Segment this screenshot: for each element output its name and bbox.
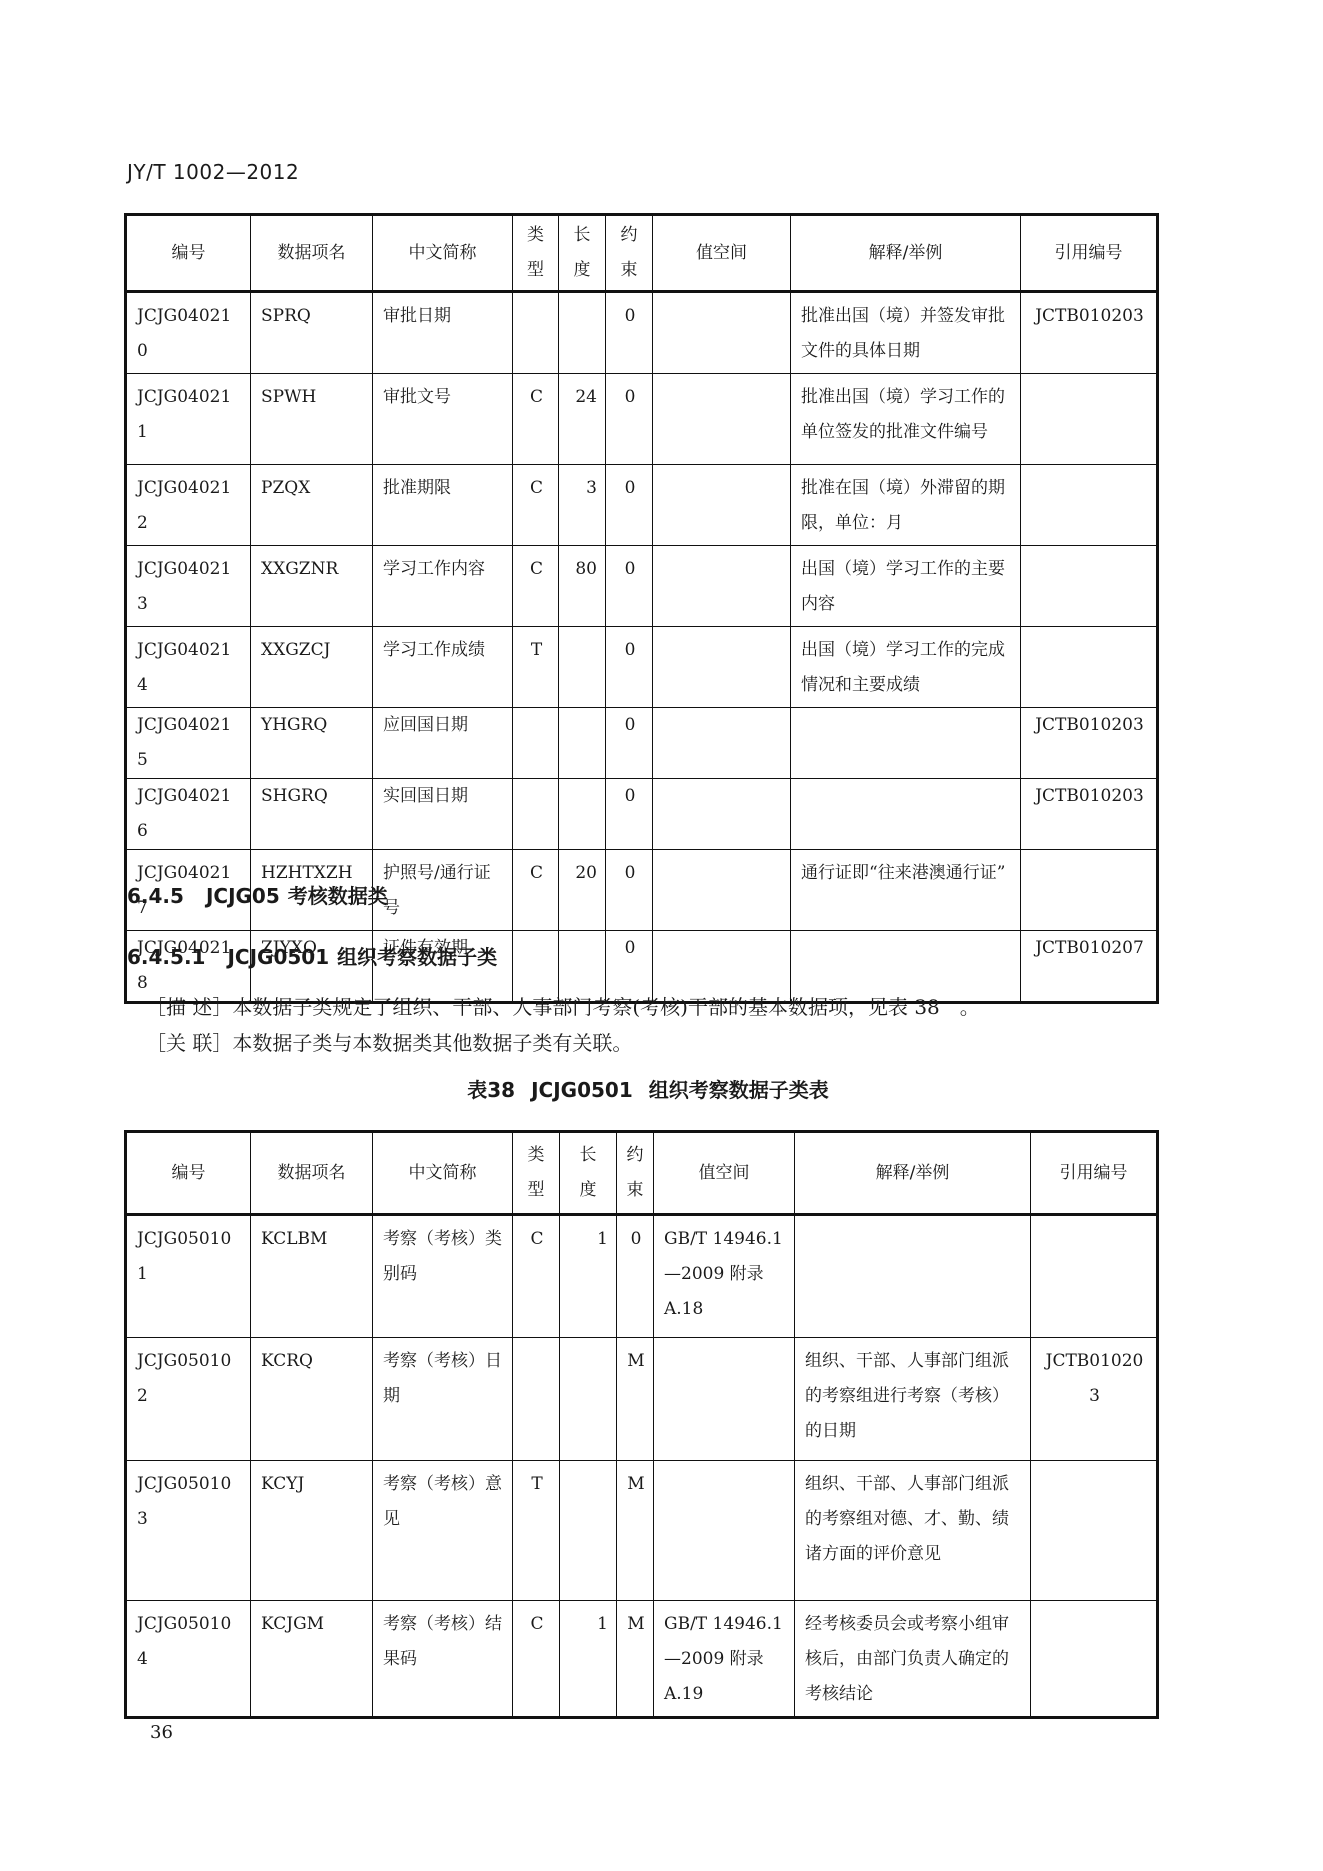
cell-item-name: KCYJ <box>251 1461 373 1601</box>
cell-item-name: PZQX <box>251 465 373 546</box>
cell-constraint: M <box>617 1601 654 1718</box>
col-header-explanation: 解释/举例 <box>791 215 1021 292</box>
cell-item-name: KCLBM <box>251 1215 373 1338</box>
col-header-item-name: 数据项名 <box>251 215 373 292</box>
cell-constraint: 0 <box>617 1215 654 1338</box>
table-row: JCJG050103 KCYJ 考察（考核）意见 T M 组织、干部、人事部门组… <box>126 1461 1158 1601</box>
cell-type <box>513 708 559 779</box>
cell-type <box>513 292 559 374</box>
cell-type <box>513 779 559 850</box>
cell-type: T <box>513 1461 560 1601</box>
table-caption: 表38JCJG0501组织考察数据子类表 <box>0 1074 1296 1103</box>
cell-length: 24 <box>559 374 606 465</box>
cell-length: 80 <box>559 546 606 627</box>
cell-reference <box>1031 1461 1158 1601</box>
col-header-explanation: 解释/举例 <box>795 1132 1031 1215</box>
cell-reference <box>1031 1215 1158 1338</box>
cell-value-space <box>653 779 791 850</box>
cell-type: C <box>513 850 559 931</box>
cell-chinese-name: 批准期限 <box>373 465 513 546</box>
section-heading-6-4-5-1: 6.4.5.1JCJG0501组织考察数据子类 <box>127 941 497 970</box>
table-row: JCJG040211 SPWH 审批文号 C 24 0 批准出国（境）学习工作的… <box>126 374 1158 465</box>
cell-chinese-name: 考察（考核）意见 <box>373 1461 513 1601</box>
cell-item-name: SPWH <box>251 374 373 465</box>
relation-paragraph: ［关 联］本数据子类与本数据类其他数据子类有关联。 <box>146 1027 632 1056</box>
cell-reference <box>1031 1601 1158 1718</box>
table-row: JCJG050104 KCJGM 考察（考核）结果码 C 1 M GB/T 14… <box>126 1601 1158 1718</box>
cell-explanation: 组织、干部、人事部门组派的考察组对德、才、勤、绩诸方面的评价意见 <box>795 1461 1031 1601</box>
cell-reference <box>1021 546 1158 627</box>
col-header-type: 类型 <box>513 1132 560 1215</box>
cell-chinese-name: 审批日期 <box>373 292 513 374</box>
cell-length <box>560 1338 617 1461</box>
cell-item-name: XXGZCJ <box>251 627 373 708</box>
cell-value-space <box>654 1338 795 1461</box>
cell-type <box>513 1338 560 1461</box>
cell-id: JCJG050103 <box>126 1461 251 1601</box>
cell-explanation <box>791 708 1021 779</box>
cell-explanation: 组织、干部、人事部门组派的考察组进行考察（考核）的日期 <box>795 1338 1031 1461</box>
cell-explanation: 批准出国（境）学习工作的单位签发的批准文件编号 <box>791 374 1021 465</box>
cell-id: JCJG040215 <box>126 708 251 779</box>
cell-explanation: 通行证即“往来港澳通行证” <box>791 850 1021 931</box>
cell-id: JCJG050104 <box>126 1601 251 1718</box>
cell-explanation: 批准在国（境）外滞留的期限，单位：月 <box>791 465 1021 546</box>
cell-length <box>559 779 606 850</box>
cell-item-name: XXGZNR <box>251 546 373 627</box>
col-header-length: 长度 <box>559 215 606 292</box>
table-row: JCJG040213 XXGZNR 学习工作内容 C 80 0 出国（境）学习工… <box>126 546 1158 627</box>
col-header-value-space: 值空间 <box>653 215 791 292</box>
cell-explanation: 出国（境）学习工作的主要内容 <box>791 546 1021 627</box>
col-header-item-name: 数据项名 <box>251 1132 373 1215</box>
cell-reference <box>1021 465 1158 546</box>
table-row: JCJG040212 PZQX 批准期限 C 3 0 批准在国（境）外滞留的期限… <box>126 465 1158 546</box>
cell-id: JCJG050101 <box>126 1215 251 1338</box>
cell-constraint: 0 <box>606 708 653 779</box>
col-header-chinese-name: 中文简称 <box>373 215 513 292</box>
cell-id: JCJG040216 <box>126 779 251 850</box>
cell-value-space <box>653 465 791 546</box>
col-header-constraint: 约束 <box>617 1132 654 1215</box>
table-row: JCJG050102 KCRQ 考察（考核）日期 M 组织、干部、人事部门组派的… <box>126 1338 1158 1461</box>
cell-chinese-name: 学习工作内容 <box>373 546 513 627</box>
cell-length <box>560 1461 617 1601</box>
table-row: JCJG040215 YHGRQ 应回国日期 0 JCTB010203 <box>126 708 1158 779</box>
col-header-reference: 引用编号 <box>1021 215 1158 292</box>
cell-value-space <box>653 292 791 374</box>
cell-id: JCJG040213 <box>126 546 251 627</box>
cell-id: JCJG040210 <box>126 292 251 374</box>
cell-item-name: SHGRQ <box>251 779 373 850</box>
col-header-reference: 引用编号 <box>1031 1132 1158 1215</box>
cell-item-name: SPRQ <box>251 292 373 374</box>
cell-length: 3 <box>559 465 606 546</box>
cell-reference: JCTB010203 <box>1031 1338 1158 1461</box>
cell-explanation: 批准出国（境）并签发审批文件的具体日期 <box>791 292 1021 374</box>
cell-explanation: 出国（境）学习工作的完成情况和主要成绩 <box>791 627 1021 708</box>
page-number: 36 <box>150 1722 173 1743</box>
cell-value-space <box>653 627 791 708</box>
cell-explanation <box>791 779 1021 850</box>
cell-value-space <box>654 1461 795 1601</box>
cell-explanation: 经考核委员会或考察小组审核后，由部门负责人确定的考核结论 <box>795 1601 1031 1718</box>
cell-reference: JCTB010203 <box>1021 779 1158 850</box>
cell-constraint: 0 <box>606 292 653 374</box>
cell-reference <box>1021 850 1158 931</box>
col-header-constraint: 约束 <box>606 215 653 292</box>
cell-constraint: 0 <box>606 850 653 931</box>
cell-length: 20 <box>559 850 606 931</box>
cell-chinese-name: 审批文号 <box>373 374 513 465</box>
cell-chinese-name: 考察（考核）日期 <box>373 1338 513 1461</box>
description-paragraph: ［描 述］本数据子类规定了组织、干部、人事部门考察(考核)干部的基本数据项，见表… <box>146 991 980 1020</box>
cell-chinese-name: 实回国日期 <box>373 779 513 850</box>
cell-value-space <box>653 546 791 627</box>
table-row: JCJG040214 XXGZCJ 学习工作成绩 T 0 出国（境）学习工作的完… <box>126 627 1158 708</box>
cell-chinese-name: 考察（考核）结果码 <box>373 1601 513 1718</box>
cell-chinese-name: 考察（考核）类别码 <box>373 1215 513 1338</box>
table-row: JCJG050101 KCLBM 考察（考核）类别码 C 1 0 GB/T 14… <box>126 1215 1158 1338</box>
cell-constraint: 0 <box>606 374 653 465</box>
cell-id: JCJG040212 <box>126 465 251 546</box>
cell-item-name: YHGRQ <box>251 708 373 779</box>
cell-reference: JCTB010203 <box>1021 708 1158 779</box>
cell-constraint: M <box>617 1338 654 1461</box>
cell-type: C <box>513 1215 560 1338</box>
organization-inspection-table: 编号 数据项名 中文简称 类型 长度 约束 值空间 解释/举例 引用编号 JCJ… <box>124 1130 1159 1719</box>
cell-value-space <box>653 374 791 465</box>
cell-type: C <box>513 465 559 546</box>
cell-chinese-name: 护照号/通行证号 <box>373 850 513 931</box>
cell-type: C <box>513 1601 560 1718</box>
cell-constraint: 0 <box>606 465 653 546</box>
col-header-chinese-name: 中文简称 <box>373 1132 513 1215</box>
col-header-value-space: 值空间 <box>654 1132 795 1215</box>
cell-length <box>559 292 606 374</box>
cell-value-space: GB/T 14946.1—2009 附录 A.19 <box>654 1601 795 1718</box>
cell-type: C <box>513 546 559 627</box>
cell-value-space: GB/T 14946.1—2009 附录 A.18 <box>654 1215 795 1338</box>
table-row: JCJG040216 SHGRQ 实回国日期 0 JCTB010203 <box>126 779 1158 850</box>
cell-value-space <box>653 850 791 931</box>
cell-reference: JCTB010203 <box>1021 292 1158 374</box>
cell-value-space <box>653 708 791 779</box>
cell-constraint: 0 <box>606 627 653 708</box>
cell-length: 1 <box>560 1601 617 1718</box>
col-header-length: 长度 <box>560 1132 617 1215</box>
document-standard-number: JY/T 1002—2012 <box>127 160 299 184</box>
cell-id: JCJG040211 <box>126 374 251 465</box>
cell-id: JCJG040214 <box>126 627 251 708</box>
col-header-id: 编号 <box>126 1132 251 1215</box>
cell-type: T <box>513 627 559 708</box>
cell-item-name: KCJGM <box>251 1601 373 1718</box>
cell-id: JCJG050102 <box>126 1338 251 1461</box>
cell-chinese-name: 应回国日期 <box>373 708 513 779</box>
cell-length: 1 <box>560 1215 617 1338</box>
col-header-id: 编号 <box>126 215 251 292</box>
col-header-type: 类型 <box>513 215 559 292</box>
cell-constraint: M <box>617 1461 654 1601</box>
cell-chinese-name: 学习工作成绩 <box>373 627 513 708</box>
cell-length <box>559 708 606 779</box>
section-heading-6-4-5: 6.4.5JCJG05考核数据类 <box>127 880 388 909</box>
cell-reference <box>1021 627 1158 708</box>
cell-constraint: 0 <box>606 779 653 850</box>
table-row: JCJG040210 SPRQ 审批日期 0 批准出国（境）并签发审批文件的具体… <box>126 292 1158 374</box>
cell-constraint: 0 <box>606 546 653 627</box>
cell-reference: JCTB010207 <box>1021 931 1158 1003</box>
cell-item-name: KCRQ <box>251 1338 373 1461</box>
cell-reference <box>1021 374 1158 465</box>
cell-type: C <box>513 374 559 465</box>
cell-explanation <box>795 1215 1031 1338</box>
table-header-row: 编号 数据项名 中文简称 类型 长度 约束 值空间 解释/举例 引用编号 <box>126 1132 1158 1215</box>
table-header-row: 编号 数据项名 中文简称 类型 长度 约束 值空间 解释/举例 引用编号 <box>126 215 1158 292</box>
cell-length <box>559 627 606 708</box>
